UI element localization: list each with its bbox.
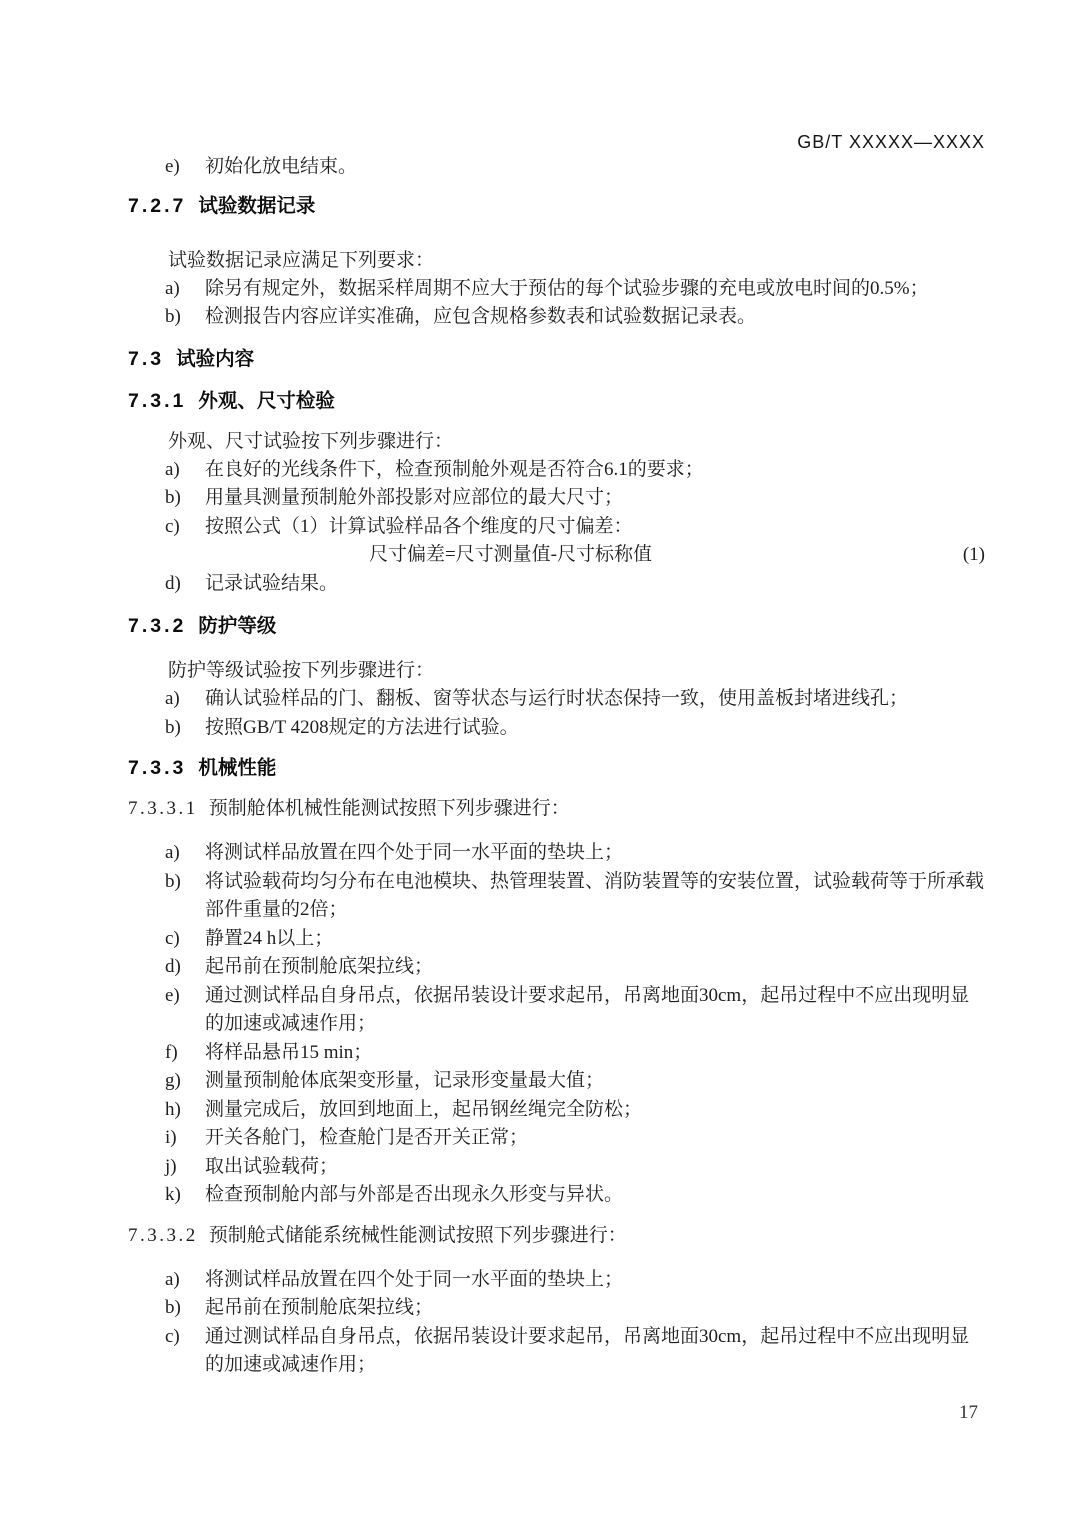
section-number: 7.2.7	[128, 195, 186, 217]
list-item: c) 静置24 h以上；	[165, 925, 985, 954]
list-item-label: b)	[165, 1294, 205, 1323]
list-item-text: 测量完成后，放回到地面上，起吊钢丝绳完全防松；	[205, 1096, 985, 1125]
list-item-text: 记录试验结果。	[205, 570, 985, 599]
subclause-text: 预制舱式储能系统械性能测试按照下列步骤进行：	[209, 1225, 627, 1246]
doc-code-header: GB/T XXXXX—XXXX	[128, 131, 985, 153]
document-page: GB/T XXXXX—XXXX e) 初始化放电结束。 7.2.7试验数据记录 …	[0, 0, 1080, 1527]
list-item-text: 除另有规定外，数据采样周期不应大于预估的每个试验步骤的充电或放电时间的0.5%；	[205, 275, 985, 304]
list-7-3-1-d: d) 记录试验结果。	[165, 570, 985, 599]
list-item-text: 用量具测量预制舱外部投影对应部位的最大尺寸；	[205, 484, 985, 513]
list-item-text: 按照GB/T 4208规定的方法进行试验。	[205, 714, 985, 743]
section-number: 7.3.3	[128, 757, 186, 779]
section-title: 试验数据记录	[198, 195, 315, 217]
list-item: e) 初始化放电结束。	[165, 153, 985, 182]
section-title: 防护等级	[198, 615, 276, 637]
list-item: b) 用量具测量预制舱外部投影对应部位的最大尺寸；	[165, 484, 985, 513]
section-heading-7-2-7: 7.2.7试验数据记录	[128, 192, 985, 221]
list-item-text: 通过测试样品自身吊点，依据吊装设计要求起吊，吊离地面30cm，起吊过程中不应出现…	[205, 982, 985, 1039]
list-item-text: 起吊前在预制舱底架拉线；	[205, 953, 985, 982]
list-item-label: d)	[165, 953, 205, 982]
list-item: e) 通过测试样品自身吊点，依据吊装设计要求起吊，吊离地面30cm，起吊过程中不…	[165, 982, 985, 1039]
list-item-text: 取出试验载荷；	[205, 1153, 985, 1182]
list-item-label: b)	[165, 484, 205, 513]
formula-expression: 尺寸偏差=尺寸测量值-尺寸标称值	[369, 544, 652, 565]
intro-paragraph: 防护等级试验按下列步骤进行：	[168, 656, 985, 685]
prelude-list: e) 初始化放电结束。	[165, 153, 985, 182]
list-item-label: a)	[165, 456, 205, 485]
list-item-text: 初始化放电结束。	[205, 153, 985, 182]
section-heading-7-3-3: 7.3.3机械性能	[128, 754, 985, 783]
list-item-label: g)	[165, 1067, 205, 1096]
list-7-3-1: a) 在良好的光线条件下，检查预制舱外观是否符合6.1的要求； b) 用量具测量…	[165, 456, 985, 542]
list-item: d) 记录试验结果。	[165, 570, 985, 599]
list-item: a) 确认试验样品的门、翻板、窗等状态与运行时状态保持一致，使用盖板封堵进线孔；	[165, 685, 985, 714]
list-item-label: b)	[165, 868, 205, 897]
list-item: g) 测量预制舱体底架变形量，记录形变量最大值；	[165, 1067, 985, 1096]
page-content: GB/T XXXXX—XXXX e) 初始化放电结束。 7.2.7试验数据记录 …	[128, 0, 985, 1380]
list-item: c) 通过测试样品自身吊点，依据吊装设计要求起吊，吊离地面30cm，起吊过程中不…	[165, 1323, 985, 1380]
section-heading-7-3: 7.3试验内容	[128, 345, 985, 374]
list-item-label: a)	[165, 839, 205, 868]
list-item: k) 检查预制舱内部与外部是否出现永久形变与异状。	[165, 1181, 985, 1210]
subclause-number: 7.3.3.2	[128, 1225, 198, 1246]
list-item-text: 测量预制舱体底架变形量，记录形变量最大值；	[205, 1067, 985, 1096]
section-title: 机械性能	[198, 757, 276, 779]
section-heading-7-3-1: 7.3.1外观、尺寸检验	[128, 387, 985, 416]
list-item: a) 将测试样品放置在四个处于同一水平面的垫块上；	[165, 839, 985, 868]
list-item-label: b)	[165, 303, 205, 332]
list-item-label: c)	[165, 925, 205, 954]
list-item-label: e)	[165, 153, 205, 182]
list-item-label: b)	[165, 714, 205, 743]
list-item-text: 将试验载荷均匀分布在电池模块、热管理装置、消防装置等的安装位置，试验载荷等于所承…	[205, 868, 985, 925]
list-item: b) 将试验载荷均匀分布在电池模块、热管理装置、消防装置等的安装位置，试验载荷等…	[165, 868, 985, 925]
list-item: b) 检测报告内容应详实准确，应包含规格参数表和试验数据记录表。	[165, 303, 985, 332]
list-item-text: 检测报告内容应详实准确，应包含规格参数表和试验数据记录表。	[205, 303, 985, 332]
list-item-label: h)	[165, 1096, 205, 1125]
formula-1: 尺寸偏差=尺寸测量值-尺寸标称值 (1)	[128, 541, 985, 570]
section-title: 外观、尺寸检验	[198, 390, 335, 412]
subclause-text: 预制舱体机械性能测试按照下列步骤进行：	[209, 798, 570, 819]
page-number: 17	[959, 1402, 978, 1424]
list-item-label: a)	[165, 685, 205, 714]
list-item: a) 除另有规定外，数据采样周期不应大于预估的每个试验步骤的充电或放电时间的0.…	[165, 275, 985, 304]
list-item-text: 静置24 h以上；	[205, 925, 985, 954]
list-item-label: a)	[165, 275, 205, 304]
list-7-2-7: a) 除另有规定外，数据采样周期不应大于预估的每个试验步骤的充电或放电时间的0.…	[165, 275, 985, 332]
subclause-7-3-3-1: 7.3.3.1预制舱体机械性能测试按照下列步骤进行：	[128, 794, 985, 823]
list-item-label: c)	[165, 513, 205, 542]
list-item: d) 起吊前在预制舱底架拉线；	[165, 953, 985, 982]
list-item-label: a)	[165, 1266, 205, 1295]
list-item: a) 在良好的光线条件下，检查预制舱外观是否符合6.1的要求；	[165, 456, 985, 485]
list-item-text: 确认试验样品的门、翻板、窗等状态与运行时状态保持一致，使用盖板封堵进线孔；	[205, 685, 985, 714]
list-item: j) 取出试验载荷；	[165, 1153, 985, 1182]
list-item: i) 开关各舱门，检查舱门是否开关正常；	[165, 1124, 985, 1153]
list-item: b) 起吊前在预制舱底架拉线；	[165, 1294, 985, 1323]
section-heading-7-3-2: 7.3.2防护等级	[128, 612, 985, 641]
formula-number: (1)	[963, 541, 985, 570]
list-item-label: d)	[165, 570, 205, 599]
list-item-text: 通过测试样品自身吊点，依据吊装设计要求起吊，吊离地面30cm，起吊过程中不应出现…	[205, 1323, 985, 1380]
section-title: 试验内容	[176, 348, 254, 370]
list-7-3-3-1: a) 将测试样品放置在四个处于同一水平面的垫块上； b) 将试验载荷均匀分布在电…	[165, 839, 985, 1210]
list-item-label: k)	[165, 1181, 205, 1210]
list-item-text: 按照公式（1）计算试验样品各个维度的尺寸偏差：	[205, 513, 985, 542]
section-number: 7.3.1	[128, 390, 186, 412]
list-item: h) 测量完成后，放回到地面上，起吊钢丝绳完全防松；	[165, 1096, 985, 1125]
list-7-3-2: a) 确认试验样品的门、翻板、窗等状态与运行时状态保持一致，使用盖板封堵进线孔；…	[165, 685, 985, 742]
list-item-text: 将测试样品放置在四个处于同一水平面的垫块上；	[205, 839, 985, 868]
list-item: a) 将测试样品放置在四个处于同一水平面的垫块上；	[165, 1266, 985, 1295]
subclause-number: 7.3.3.1	[128, 798, 198, 819]
list-item-text: 开关各舱门，检查舱门是否开关正常；	[205, 1124, 985, 1153]
list-item: c) 按照公式（1）计算试验样品各个维度的尺寸偏差：	[165, 513, 985, 542]
intro-paragraph: 外观、尺寸试验按下列步骤进行：	[168, 427, 985, 456]
list-item-label: c)	[165, 1323, 205, 1352]
list-item-label: e)	[165, 982, 205, 1011]
list-item-text: 将测试样品放置在四个处于同一水平面的垫块上；	[205, 1266, 985, 1295]
section-number: 7.3	[128, 348, 164, 370]
list-item: f) 将样品悬吊15 min；	[165, 1039, 985, 1068]
subclause-7-3-3-2: 7.3.3.2预制舱式储能系统械性能测试按照下列步骤进行：	[128, 1221, 985, 1250]
list-item: b) 按照GB/T 4208规定的方法进行试验。	[165, 714, 985, 743]
section-number: 7.3.2	[128, 615, 186, 637]
list-item-label: i)	[165, 1124, 205, 1153]
list-item-label: j)	[165, 1153, 205, 1182]
list-item-text: 检查预制舱内部与外部是否出现永久形变与异状。	[205, 1181, 985, 1210]
intro-paragraph: 试验数据记录应满足下列要求：	[168, 246, 985, 275]
list-item-label: f)	[165, 1039, 205, 1068]
list-item-text: 将样品悬吊15 min；	[205, 1039, 985, 1068]
list-item-text: 在良好的光线条件下，检查预制舱外观是否符合6.1的要求；	[205, 456, 985, 485]
list-7-3-3-2: a) 将测试样品放置在四个处于同一水平面的垫块上； b) 起吊前在预制舱底架拉线…	[165, 1266, 985, 1380]
list-item-text: 起吊前在预制舱底架拉线；	[205, 1294, 985, 1323]
